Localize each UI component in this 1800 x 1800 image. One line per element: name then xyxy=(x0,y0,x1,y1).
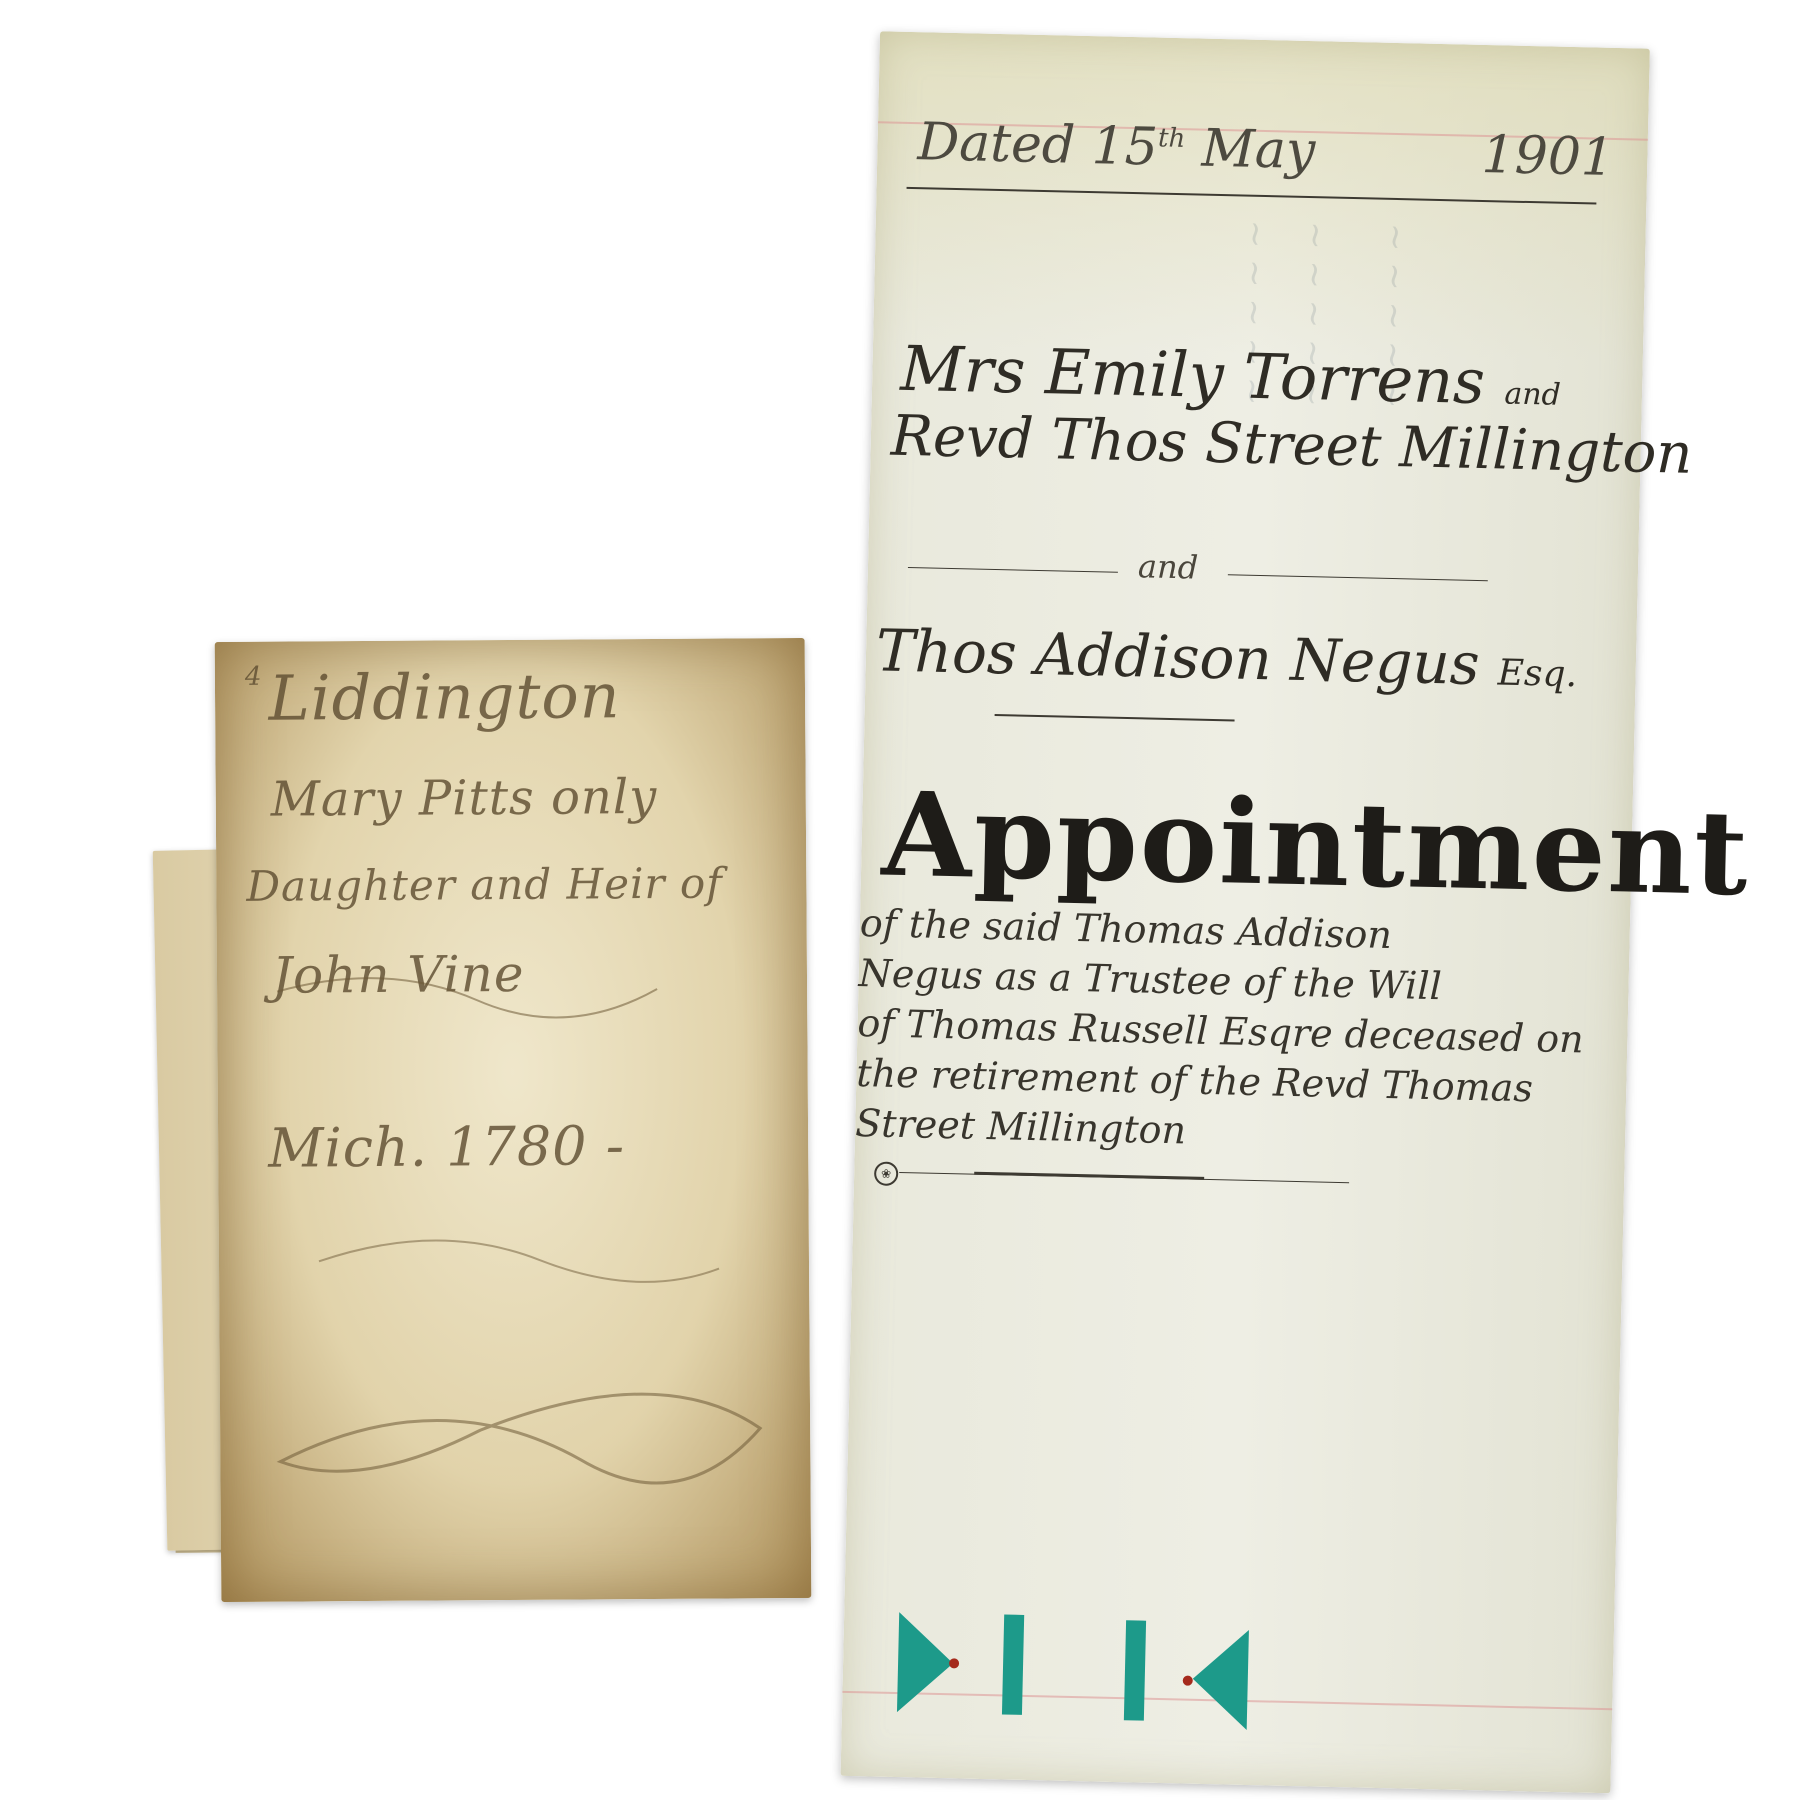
party-2: Thos Addison Negus Esq. xyxy=(875,616,1578,700)
closing-rule-thick xyxy=(974,1172,1204,1180)
ribbon-strip-2 xyxy=(1124,1620,1146,1720)
separator-and: and xyxy=(1138,547,1199,586)
right-document: ~ ~ ~ ~ ~ ~ ~ ~ ~ ~ ~ ~ ~ ~ ~ Dated 15th… xyxy=(841,31,1650,1793)
left-doc-line-3: Daughter and Heir of xyxy=(246,859,723,911)
ribbon-strip-1 xyxy=(1002,1614,1024,1714)
party-2-underline xyxy=(995,714,1235,721)
body-line-4: the retirement of the Revd Thomas xyxy=(856,1051,1533,1110)
body-line-5: Street Millington xyxy=(855,1101,1187,1152)
ornament-icon: ❀ xyxy=(874,1161,899,1186)
document-title: Appointment xyxy=(880,767,1751,923)
separator-rule-left xyxy=(908,567,1118,573)
date-line: Dated 15th May 1901 xyxy=(917,112,1615,188)
flourish-icon xyxy=(237,958,801,1522)
date-underline xyxy=(907,187,1597,205)
left-doc-line-2: Mary Pitts only xyxy=(271,769,658,828)
left-document: 4Liddington Mary Pitts only Daughter and… xyxy=(215,638,812,1602)
left-doc-line-1: 4Liddington xyxy=(245,659,621,735)
left-doc-date: Mich. 1780 - xyxy=(268,1114,625,1179)
left-doc-line-4: John Vine xyxy=(272,945,525,1005)
separator-rule-right xyxy=(1228,574,1488,581)
photo-scene: 4Liddington Mary Pitts only Daughter and… xyxy=(0,0,1800,1800)
party-1-line-2: Revd Thos Street Millington xyxy=(890,404,1693,487)
body-line-3: of Thomas Russell Esqre deceased on xyxy=(857,1001,1584,1061)
body-line-2: Negus as a Trustee of the Will xyxy=(858,951,1442,1008)
ribbon-ties xyxy=(891,1607,1254,1745)
